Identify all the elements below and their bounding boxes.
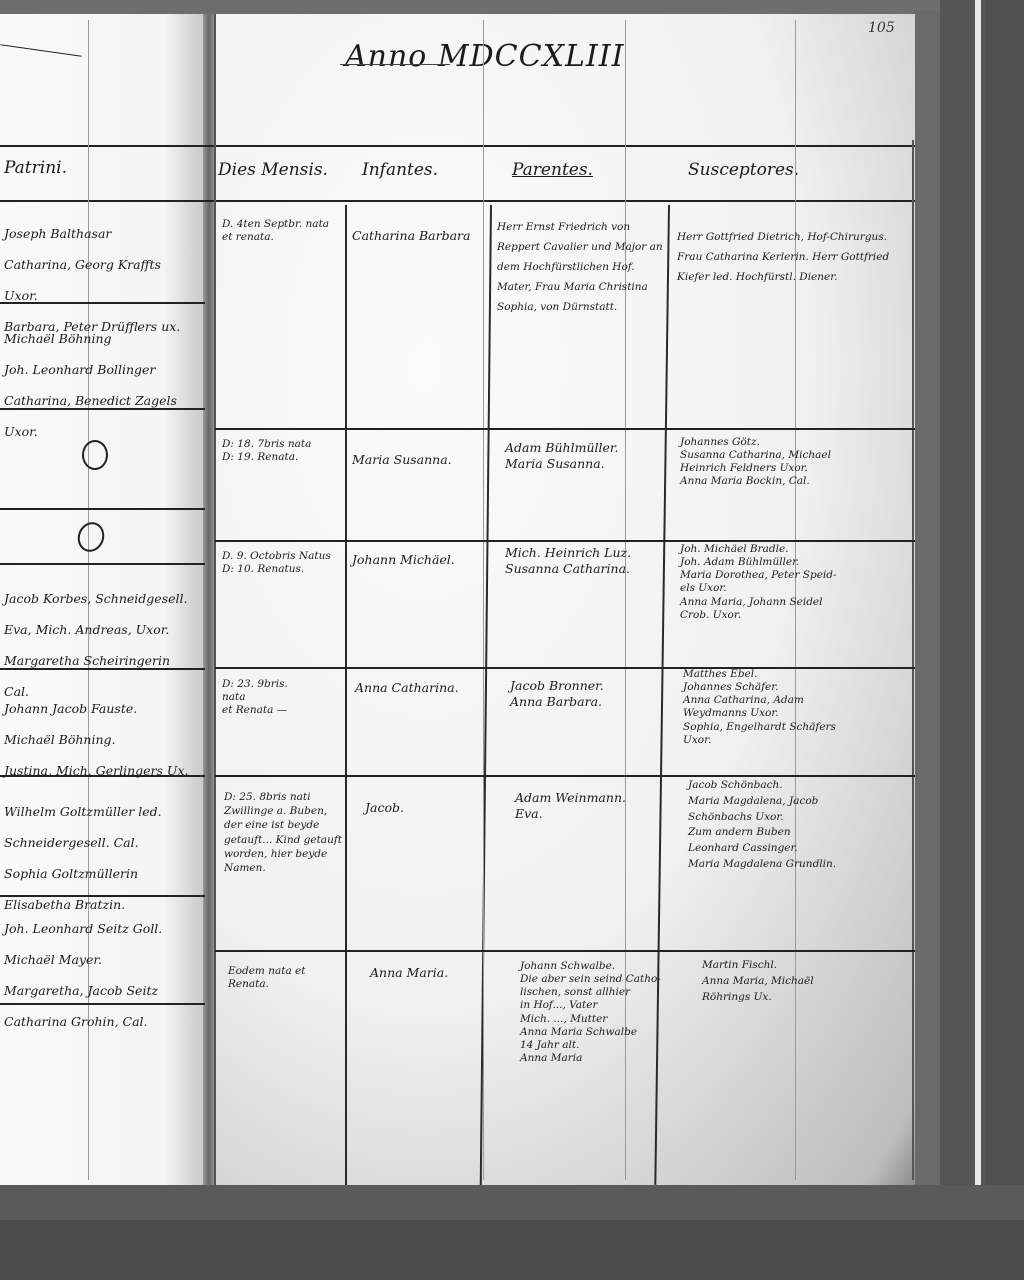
page-title: Anno MDCCXLIII: [345, 38, 624, 76]
right-row-rule: [215, 775, 915, 777]
patrini-line: Eva, Mich. Andreas, Uxor.: [4, 622, 199, 638]
patrini-entry: Johann Jacob Fauste. Michaël Böhning. Ju…: [4, 685, 199, 794]
header-rule-bottom: [0, 200, 915, 202]
patrini-line: Margaretha Scheiringerin: [4, 653, 199, 669]
right-row-rule: [215, 950, 915, 952]
patrini-line: Michaël Böhning: [4, 331, 199, 347]
patrini-line: Catharina, Benedict Zagels: [4, 393, 199, 409]
patrini-line: Catharina Grohin, Cal.: [4, 1014, 199, 1030]
row-infant: Johann Michäel.: [352, 552, 486, 568]
row-parents: Johann Schwalbe. Die aber sein seind Cat…: [520, 960, 688, 1065]
faint-guide-line: [483, 20, 484, 1180]
column-header-dies-mensis: Dies Mensis.: [218, 160, 328, 181]
patrini-line: Uxor.: [4, 424, 199, 440]
page-number: 105: [868, 20, 895, 38]
column-header-infantes: Infantes.: [362, 160, 438, 181]
right-row-rule: [215, 428, 915, 430]
right-row-rule: [215, 540, 915, 542]
column-header-susceptores: Susceptores.: [688, 160, 799, 181]
patrini-line: Michaël Böhning.: [4, 732, 199, 748]
row-parents: Herr Ernst Friedrich von Reppert Cavalie…: [497, 218, 665, 318]
row-parents: Jacob Bronner. Anna Barbara.: [510, 678, 670, 709]
patrini-line: Johann Jacob Fauste.: [4, 701, 199, 717]
row-parents: Adam Bühlmüller. Maria Susanna.: [505, 440, 665, 471]
empty-entry-mark: [82, 440, 108, 470]
patrini-line: Justina, Mich. Gerlingers Ux.: [4, 763, 199, 779]
patrini-line: Joh. Leonhard Seitz Goll.: [4, 921, 199, 937]
scan-frame-top: [0, 0, 1024, 14]
patrini-line: Margaretha, Jacob Seitz: [4, 983, 199, 999]
column-divider-gutter: [214, 14, 216, 1186]
row-sponsors: Herr Gottfried Dietrich, Hof-Chirurgus. …: [677, 228, 907, 288]
page-edge-highlight: [975, 0, 981, 1200]
patrini-line: Joseph Balthasar: [4, 226, 199, 242]
patrini-line: Wilhelm Goltzmüller led.: [4, 804, 199, 820]
row-parents: Adam Weinmann. Eva.: [515, 790, 675, 821]
row-infant: Anna Catharina.: [355, 680, 489, 696]
row-infant: Anna Maria.: [370, 965, 504, 981]
row-sponsors: Johannes Götz. Susanna Catharina, Michae…: [680, 436, 908, 489]
column-divider-right-edge: [912, 140, 914, 1180]
scan-frame-bottom-dark: [0, 1220, 1024, 1280]
column-divider-dies-infantes: [345, 205, 347, 1185]
title-flourish: [340, 64, 450, 65]
patrini-entry: Joh. Leonhard Seitz Goll. Michaël Mayer.…: [4, 905, 199, 1046]
column-header-parentes: Parentes.: [512, 160, 593, 181]
patrini-line: Sophia Goltzmüllerin: [4, 866, 199, 882]
row-infant: Jacob.: [365, 800, 499, 816]
row-sponsors: Matthes Ebel. Johannes Schäfer. Anna Cat…: [683, 668, 911, 747]
patrini-line: Jacob Korbes, Schneidgesell.: [4, 591, 199, 607]
row-date: D. 9. Octobris Natus D: 10. Renatus.: [222, 550, 340, 576]
row-sponsors: Martin Fischl. Anna Maria, Michaël Röhri…: [702, 958, 912, 1005]
row-date: Eodem nata et Renata.: [228, 965, 346, 991]
left-row-rule: [0, 508, 205, 510]
column-header-patrini: Patrini.: [4, 158, 67, 179]
scan-frame-outer: [985, 0, 1024, 1280]
row-date: D. 4ten Septbr. nata et renata.: [222, 218, 340, 244]
patrini-entry: Michaël Böhning Joh. Leonhard Bollinger …: [4, 315, 199, 456]
row-sponsors: Joh. Michäel Bradle. Joh. Adam Bühlmülle…: [680, 543, 908, 622]
header-rule-top: [0, 145, 915, 147]
row-infant: Maria Susanna.: [352, 452, 486, 468]
patrini-line: Michaël Mayer.: [4, 952, 199, 968]
row-parents: Mich. Heinrich Luz. Susanna Catharina.: [505, 545, 665, 576]
patrini-line: Schneidergesell. Cal.: [4, 835, 199, 851]
patrini-line: Uxor.: [4, 288, 199, 304]
row-date: D: 18. 7bris nata D: 19. Renata.: [222, 438, 340, 464]
row-infant: Catharina Barbara: [352, 228, 486, 244]
patrini-line: Joh. Leonhard Bollinger: [4, 362, 199, 378]
patrini-line: Catharina, Georg Kraffts: [4, 257, 199, 273]
row-sponsors: Jacob Schönbach. Maria Magdalena, Jacob …: [688, 778, 910, 873]
left-row-rule: [0, 563, 205, 565]
row-date: D: 23. 9bris. nata et Renata —: [222, 678, 340, 717]
row-date: D: 25. 8bris nati Zwillinge a. Buben, de…: [224, 790, 342, 875]
